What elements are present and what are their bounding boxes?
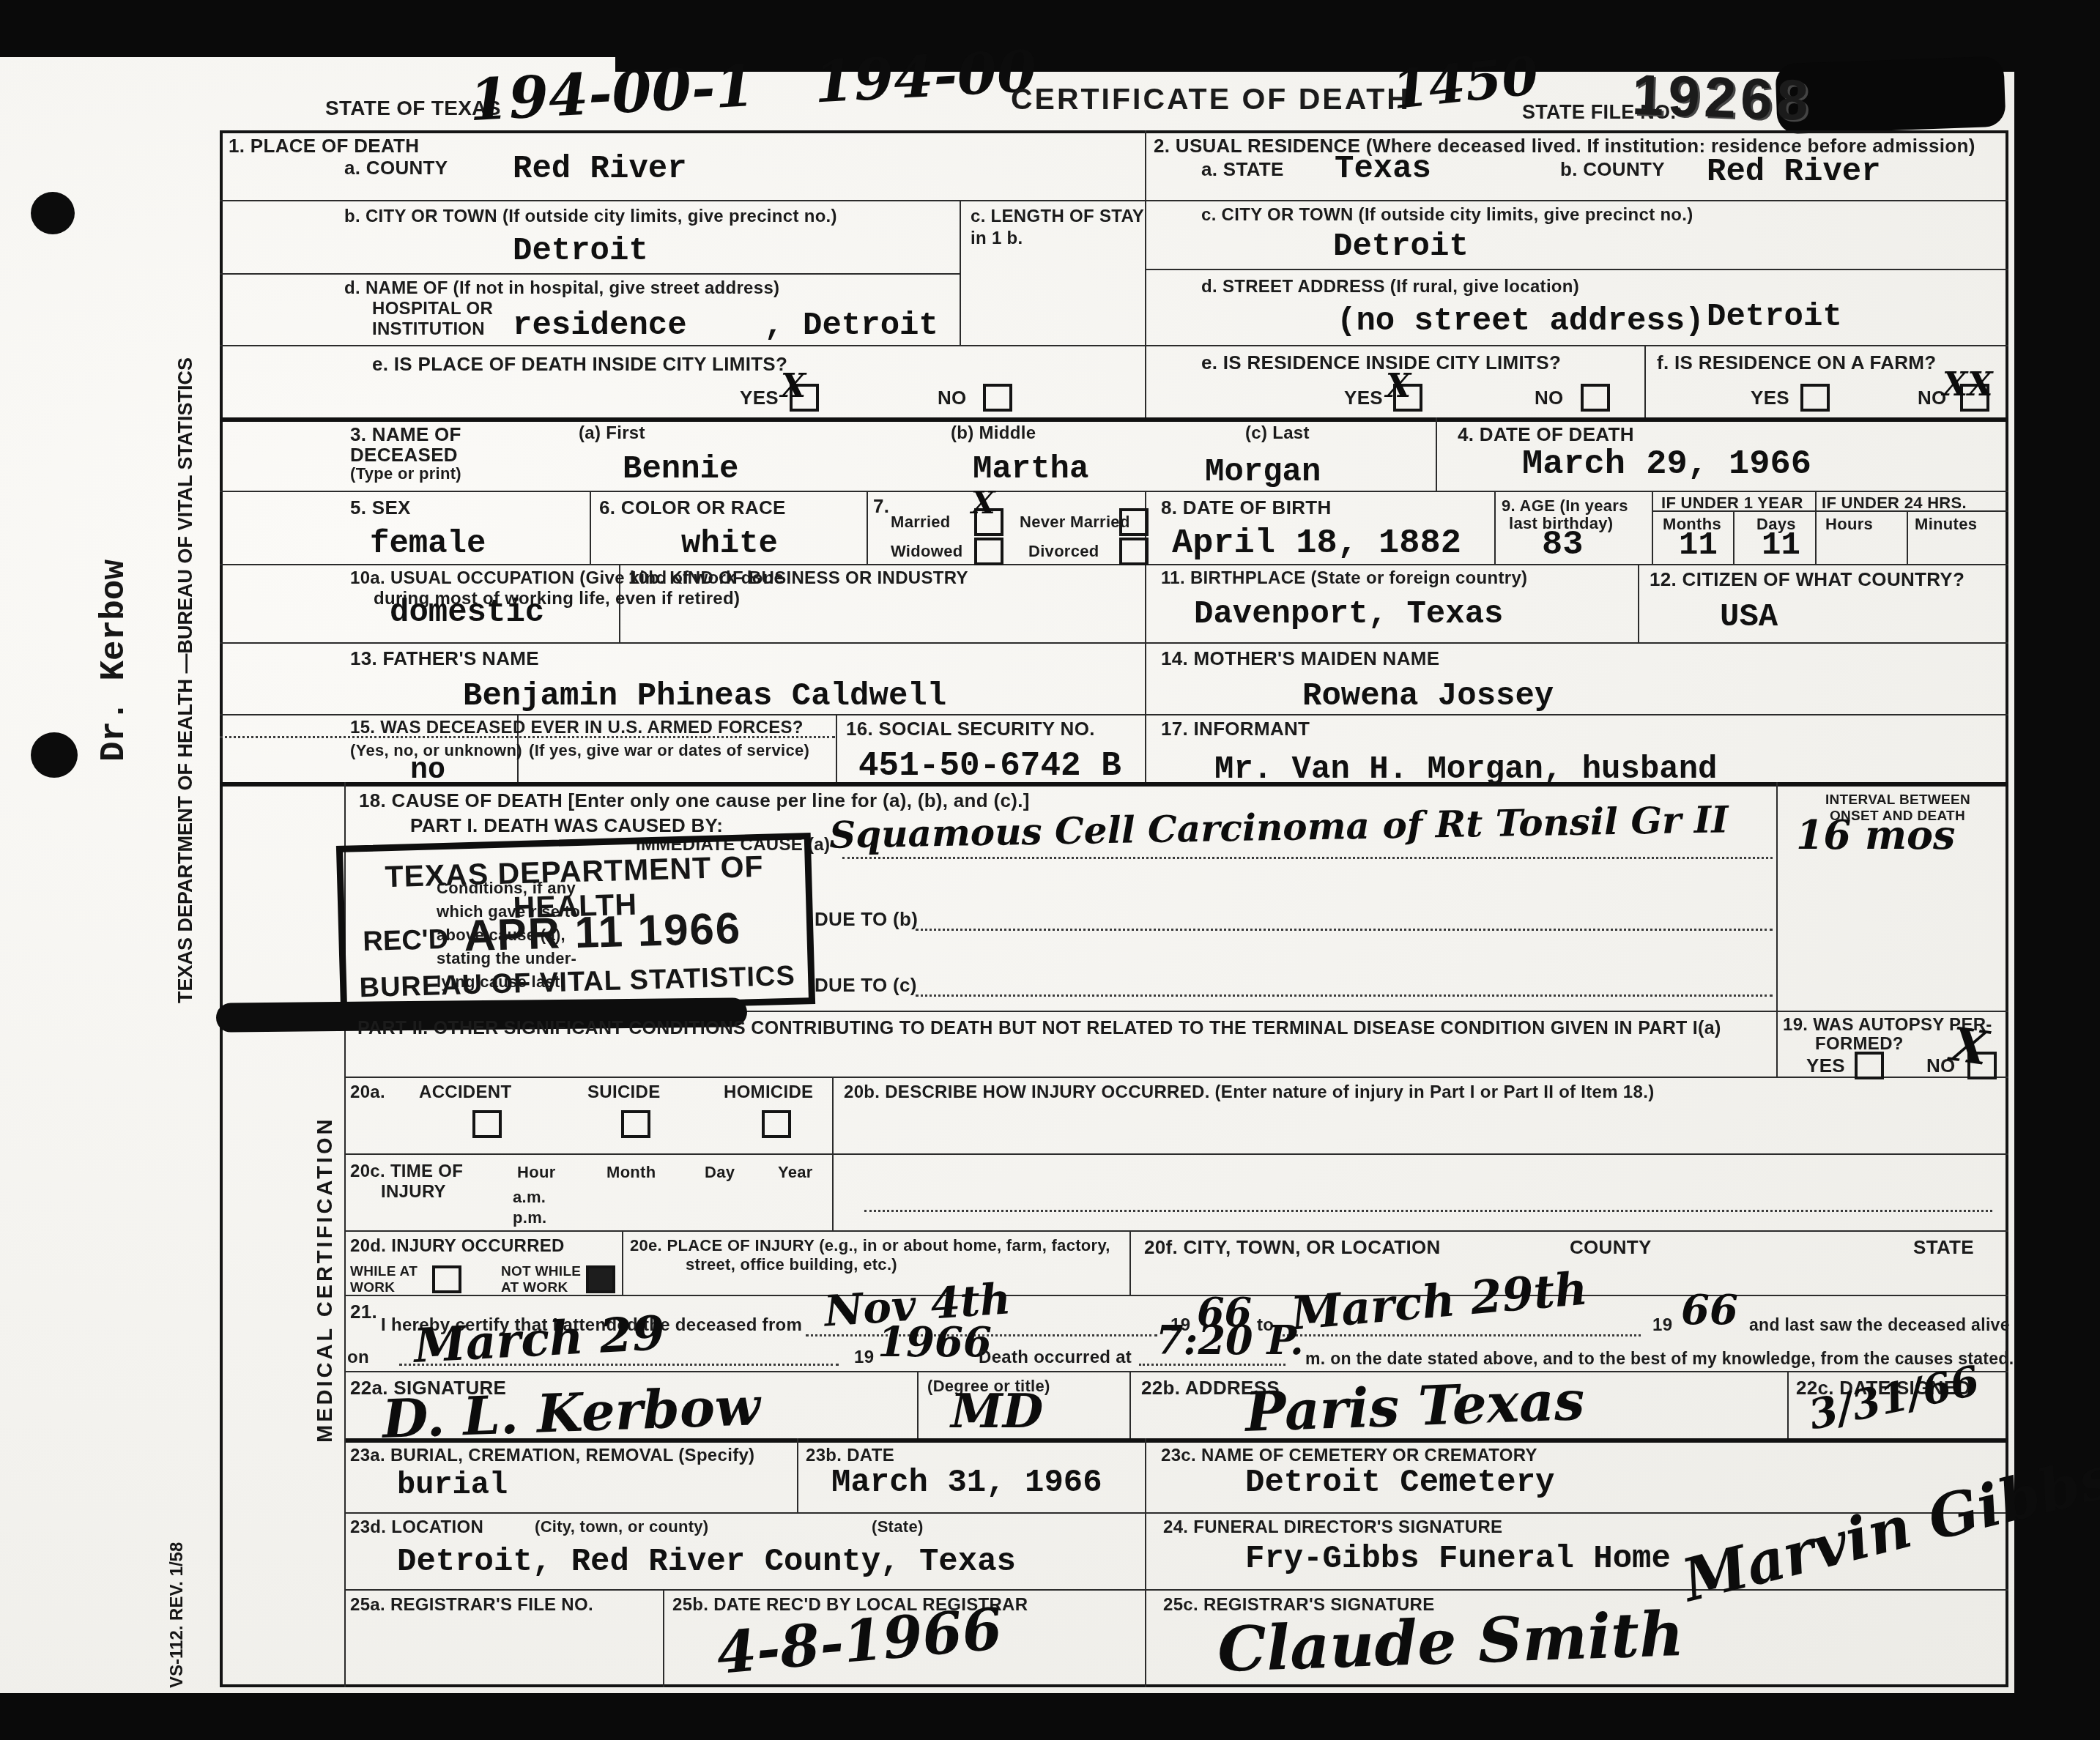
field-10a-value: domestic xyxy=(390,595,544,631)
field-3-first-value: Bennie xyxy=(623,451,738,488)
punch-hole xyxy=(31,732,78,778)
line xyxy=(1145,564,1146,642)
field-20c-am-label: a.m. xyxy=(513,1188,546,1207)
field-17-label: 17. INFORMANT xyxy=(1161,718,1310,740)
field-14-value: Rowena Jossey xyxy=(1302,678,1554,715)
field-20a-accident-label: ACCIDENT xyxy=(419,1082,511,1103)
field-15-sub2: (If yes, give war or dates of service) xyxy=(529,741,809,760)
field-23a-value: burial xyxy=(397,1468,508,1503)
field-2a-label: a. STATE xyxy=(1201,158,1284,181)
line xyxy=(344,1077,2008,1078)
line xyxy=(1494,491,1496,564)
line xyxy=(344,1230,2008,1232)
field-7-never-married-label: Never Married xyxy=(1020,513,1130,532)
line xyxy=(220,491,2008,492)
field-20b-label: 20b. DESCRIBE HOW INJURY OCCURRED. (Ente… xyxy=(844,1082,1654,1103)
field-22a-degree-handwritten: MD xyxy=(951,1384,1043,1439)
line xyxy=(622,1230,623,1295)
field-2d-label: d. STREET ADDRESS (If rural, give locati… xyxy=(1201,277,1579,297)
field-1-title: 1. PLACE OF DEATH xyxy=(229,135,419,157)
line xyxy=(1907,510,1908,564)
field-20a-suicide-checkbox xyxy=(621,1110,650,1138)
field-3-middle-value: Martha xyxy=(973,451,1088,488)
field-1d-value: residence , Detroit xyxy=(513,308,938,344)
field-20a-homicide-label: HOMICIDE xyxy=(724,1082,813,1103)
field-3-label3: (Type or print) xyxy=(350,464,461,483)
margin-agency-text: TEXAS DEPARTMENT OF HEALTH —BUREAU OF VI… xyxy=(174,322,197,1003)
field-9-under24-label: IF UNDER 24 HRS. xyxy=(1822,494,1967,513)
field-21-on-printed: on xyxy=(347,1347,369,1368)
field-20f-label: 20f. CITY, TOWN, OR LOCATION xyxy=(1144,1236,1441,1259)
received-stamp: TEXAS DEPARTMENT OF HEALTH REC'D APR 11 … xyxy=(336,833,815,1017)
field-1b-value: Detroit xyxy=(513,233,648,269)
scanned-death-certificate: Dr. Kerbow TEXAS DEPARTMENT OF HEALTH —B… xyxy=(0,0,2100,1740)
field-21-yr3-printed: 19 xyxy=(854,1347,874,1368)
field-20d-while2: WORK xyxy=(350,1280,395,1296)
field-7-widowed-checkbox xyxy=(974,538,1003,565)
field-21-yr2-handwritten: 66 xyxy=(1681,1286,1738,1334)
field-14-label: 14. MOTHER'S MAIDEN NAME xyxy=(1161,647,1439,670)
line xyxy=(1815,491,1817,564)
field-19-yes-label: YES xyxy=(1806,1055,1845,1077)
field-11-label: 11. BIRTHPLACE (State or foreign country… xyxy=(1161,568,1527,589)
field-2d-value2: Detroit xyxy=(1707,299,1842,335)
field-2c-value: Detroit xyxy=(1333,228,1469,265)
state-file-number-stamp: 19268 xyxy=(1630,62,1814,135)
stamp-recd: REC'D xyxy=(363,924,449,958)
line xyxy=(1733,510,1734,564)
field-23d-value: Detroit, Red River County, Texas xyxy=(397,1544,1016,1580)
field-21-line2a: Death occurred at xyxy=(979,1347,1132,1368)
field-2e-label: e. IS RESIDENCE INSIDE CITY LIMITS? xyxy=(1201,352,1561,374)
field-2b-label: b. COUNTY xyxy=(1560,158,1665,181)
field-23b-value: March 31, 1966 xyxy=(831,1465,1102,1501)
line xyxy=(220,564,2008,565)
field-6-value: white xyxy=(681,526,778,562)
field-1d-label3: INSTITUTION xyxy=(372,319,485,340)
field-24-label: 24. FUNERAL DIRECTOR'S SIGNATURE xyxy=(1163,1517,1502,1538)
field-1e-yes-mark: X xyxy=(781,368,806,405)
field-18-due-c-label: DUE TO (c) xyxy=(815,974,917,997)
line xyxy=(836,714,837,782)
field-12-value: USA xyxy=(1720,599,1778,636)
field-1d-label: d. NAME OF (If not in hospital, give str… xyxy=(344,278,779,299)
field-2e-yes-label: YES xyxy=(1344,387,1383,409)
field-20f-state-label: STATE xyxy=(1913,1236,1974,1259)
field-22a-signature-handwritten: D. L. Kerbow xyxy=(382,1375,762,1450)
line xyxy=(220,200,2008,201)
field-2e-yes-mark: X xyxy=(1386,368,1411,405)
field-17-value: Mr. Van H. Morgan, husband xyxy=(1214,751,1718,788)
field-1c-label2: in 1 b. xyxy=(971,228,1023,249)
cause-a-writing-line xyxy=(842,857,1773,859)
field-6-label: 6. COLOR OR RACE xyxy=(599,497,786,519)
cause-b-writing-line xyxy=(916,929,1773,931)
field-20c-hour-label: Hour xyxy=(517,1163,556,1182)
stamp-bureau: BUREAU OF VITAL STATISTICS xyxy=(346,960,809,1005)
margin-doctor-note: Dr. Kerbow xyxy=(95,439,133,762)
certificate-title: CERTIFICATE OF DEATH xyxy=(1011,82,1411,116)
line xyxy=(1638,564,1639,642)
field-16-value: 451-50-6742 B xyxy=(858,747,1121,785)
line xyxy=(1145,714,1146,782)
field-2d-value: (no street address) xyxy=(1337,303,1704,340)
field-21-yr3-handwritten: 1966 xyxy=(878,1318,992,1367)
field-8-value: April 18, 1882 xyxy=(1172,524,1461,563)
line xyxy=(1787,1371,1789,1438)
line xyxy=(1139,1364,1285,1366)
field-20c-pm-label: p.m. xyxy=(513,1208,546,1227)
field-21-line1b: and last saw the deceased alive xyxy=(1749,1315,2010,1335)
field-9-hours-label: Hours xyxy=(1825,515,1873,534)
field-13-label: 13. FATHER'S NAME xyxy=(350,647,539,670)
field-2f-yes-label: YES xyxy=(1751,387,1789,409)
field-20d-notwhile1: NOT WHILE xyxy=(501,1264,581,1280)
field-20e-label2: street, office building, etc.) xyxy=(686,1255,897,1274)
field-3-label2: DECEASED xyxy=(350,444,458,466)
field-3-middle-label: (b) Middle xyxy=(951,423,1036,444)
field-12-label: 12. CITIZEN OF WHAT COUNTRY? xyxy=(1650,568,1964,591)
field-20d-notwhile2: AT WORK xyxy=(501,1280,568,1296)
field-7-divorced-checkbox xyxy=(1119,538,1149,565)
field-2a-value: Texas xyxy=(1335,151,1431,187)
field-22b-address-handwritten: Paris Texas xyxy=(1244,1369,1586,1444)
line xyxy=(1776,782,1778,1077)
field-19-no-mark: X xyxy=(1948,1017,1992,1077)
field-20c-month-label: Month xyxy=(606,1163,656,1182)
line xyxy=(1652,491,1653,564)
line xyxy=(590,491,591,564)
field-2f-yes-checkbox xyxy=(1800,384,1830,412)
field-20c-label1: 20c. TIME OF xyxy=(350,1161,463,1182)
field-8-label: 8. DATE OF BIRTH xyxy=(1161,497,1332,519)
line xyxy=(864,1210,1992,1212)
field-25a-label: 25a. REGISTRAR'S FILE NO. xyxy=(350,1595,593,1616)
field-5-label: 5. SEX xyxy=(350,497,411,519)
field-1a-label: a. COUNTY xyxy=(344,157,448,179)
field-20a-homicide-checkbox xyxy=(762,1110,791,1138)
cause-c-writing-line xyxy=(916,994,1773,997)
margin-form-number: VS-112. REV. 1/58 xyxy=(167,1516,188,1688)
line xyxy=(220,273,960,275)
field-13-value: Benjamin Phineas Caldwell xyxy=(463,678,946,715)
stamp-date: APR 11 1966 xyxy=(463,903,742,962)
field-20f-county-label: COUNTY xyxy=(1570,1236,1652,1259)
line xyxy=(797,1438,798,1512)
field-2f-no-mark: XX xyxy=(1943,366,1992,404)
field-3-first-label: (a) First xyxy=(579,423,645,444)
field-20a-accident-checkbox xyxy=(472,1110,502,1138)
field-23b-label: 23b. DATE xyxy=(806,1446,894,1466)
line xyxy=(960,200,961,345)
field-4-label: 4. DATE OF DEATH xyxy=(1458,423,1634,446)
field-1e-label: e. IS PLACE OF DEATH INSIDE CITY LIMITS? xyxy=(372,353,787,376)
field-16-label: 16. SOCIAL SECURITY NO. xyxy=(846,718,1095,740)
field-7-label: 7. xyxy=(873,495,889,518)
line xyxy=(1145,269,2008,270)
field-9-days-value: 11 xyxy=(1762,527,1800,564)
field-2b-value: Red River xyxy=(1707,154,1881,190)
field-20e-label1: 20e. PLACE OF INJURY (e.g., in or about … xyxy=(630,1236,1110,1255)
field-19-yes-checkbox xyxy=(1855,1052,1884,1079)
field-1d-label2: HOSPITAL OR xyxy=(372,299,493,319)
field-20d-notwhile-checkbox xyxy=(586,1265,615,1293)
line xyxy=(344,1295,2008,1296)
line xyxy=(344,1153,2008,1155)
line xyxy=(1129,1230,1131,1295)
field-21-number: 21. xyxy=(350,1301,377,1323)
field-1e-no-checkbox xyxy=(983,384,1012,412)
field-23d-sub1: (City, town, or county) xyxy=(535,1517,708,1536)
field-9-label1: 9. AGE (In years xyxy=(1502,497,1628,516)
field-7-married-mark: X xyxy=(971,485,995,521)
field-20c-year-label: Year xyxy=(778,1163,813,1182)
field-2c-label: c. CITY OR TOWN (If outside city limits,… xyxy=(1201,205,1693,226)
field-20c-label2: INJURY xyxy=(381,1182,446,1202)
field-1e-yes-label: YES xyxy=(740,387,779,409)
field-23d-sub2: (State) xyxy=(872,1517,924,1536)
field-1c-label: c. LENGTH OF STAY xyxy=(971,207,1144,227)
field-4-value: March 29, 1966 xyxy=(1522,445,1811,484)
field-20c-day-label: Day xyxy=(705,1163,735,1182)
line xyxy=(344,1512,2008,1514)
line xyxy=(1145,1438,1146,1512)
field-18-label: 18. CAUSE OF DEATH [Enter only one cause… xyxy=(359,789,1030,812)
line xyxy=(663,1589,664,1687)
field-23d-label: 23d. LOCATION xyxy=(350,1517,483,1538)
line xyxy=(220,345,2008,346)
field-20a-label: 20a. xyxy=(350,1082,385,1103)
field-18-part2: PART II. OTHER SIGNIFICANT CONDITIONS CO… xyxy=(357,1018,1721,1039)
field-1a-value: Red River xyxy=(513,151,687,187)
field-20a-suicide-label: SUICIDE xyxy=(587,1082,660,1103)
field-15-label: 15. WAS DECEASED EVER IN U.S. ARMED FORC… xyxy=(350,718,804,738)
field-20d-label: 20d. INJURY OCCURRED xyxy=(350,1236,565,1257)
field-9-minutes-label: Minutes xyxy=(1915,515,1977,534)
line xyxy=(344,1371,2008,1372)
punch-hole xyxy=(31,192,75,234)
field-2e-no-checkbox xyxy=(1581,384,1610,412)
field-9-months-value: 11 xyxy=(1679,527,1718,564)
field-7-divorced-label: Divorced xyxy=(1028,542,1099,561)
field-20d-while1: WHILE AT xyxy=(350,1264,418,1280)
field-3-last-label: (c) Last xyxy=(1245,423,1310,444)
field-3-label1: 3. NAME OF xyxy=(350,423,461,446)
field-1e-no-label: NO xyxy=(938,387,967,409)
field-2f-label: f. IS RESIDENCE ON A FARM? xyxy=(1657,352,1936,374)
field-18-part1: PART I. DEATH WAS CAUSED BY: xyxy=(410,814,723,837)
scan-edge-bottom xyxy=(0,1693,2100,1740)
field-21-time-handwritten: 7:20 P. xyxy=(1156,1317,1304,1364)
line xyxy=(832,1077,834,1230)
field-23c-value: Detroit Cemetery xyxy=(1245,1465,1554,1501)
field-1b-label: b. CITY OR TOWN (If outside city limits,… xyxy=(344,207,837,227)
field-2e-no-label: NO xyxy=(1535,387,1564,409)
line xyxy=(1145,130,1146,417)
interval-label1: INTERVAL BETWEEN xyxy=(1825,792,1970,808)
line xyxy=(220,642,2008,644)
field-23c-label: 23c. NAME OF CEMETERY OR CREMATORY xyxy=(1161,1446,1537,1466)
line xyxy=(220,417,2008,422)
field-24-value: Fry-Gibbs Funeral Home xyxy=(1245,1541,1671,1577)
field-15-value: no xyxy=(410,754,445,787)
field-9-under1-label: IF UNDER 1 YEAR xyxy=(1661,494,1803,513)
line xyxy=(1145,1512,1146,1687)
line xyxy=(1129,1371,1131,1438)
line xyxy=(1436,417,1437,491)
field-9-value: 83 xyxy=(1542,526,1583,565)
field-20d-while-checkbox xyxy=(432,1265,461,1293)
line xyxy=(1145,642,1146,714)
field-23a-label: 23a. BURIAL, CREMATION, REMOVAL (Specify… xyxy=(350,1446,754,1466)
line xyxy=(867,491,868,564)
field-18-due-b-label: DUE TO (b) xyxy=(815,908,918,931)
field-10b-label: 10b. KIND OF BUSINESS OR INDUSTRY xyxy=(628,568,968,589)
field-5-value: female xyxy=(370,526,486,562)
field-21-line2b: m. on the date stated above, and to the … xyxy=(1305,1349,2014,1369)
field-18-interval-a-handwritten: 16 mos xyxy=(1796,811,1956,858)
field-7-widowed-label: Widowed xyxy=(891,542,962,561)
field-3-last-value: Morgan xyxy=(1205,454,1321,491)
field-7-married-label: Married xyxy=(891,513,951,532)
field-11-value: Davenport, Texas xyxy=(1194,596,1503,633)
line xyxy=(1644,345,1646,417)
field-7-never-married-checkbox xyxy=(1119,508,1149,536)
line xyxy=(917,1371,919,1438)
field-21-yr2-printed: 19 xyxy=(1652,1315,1672,1336)
